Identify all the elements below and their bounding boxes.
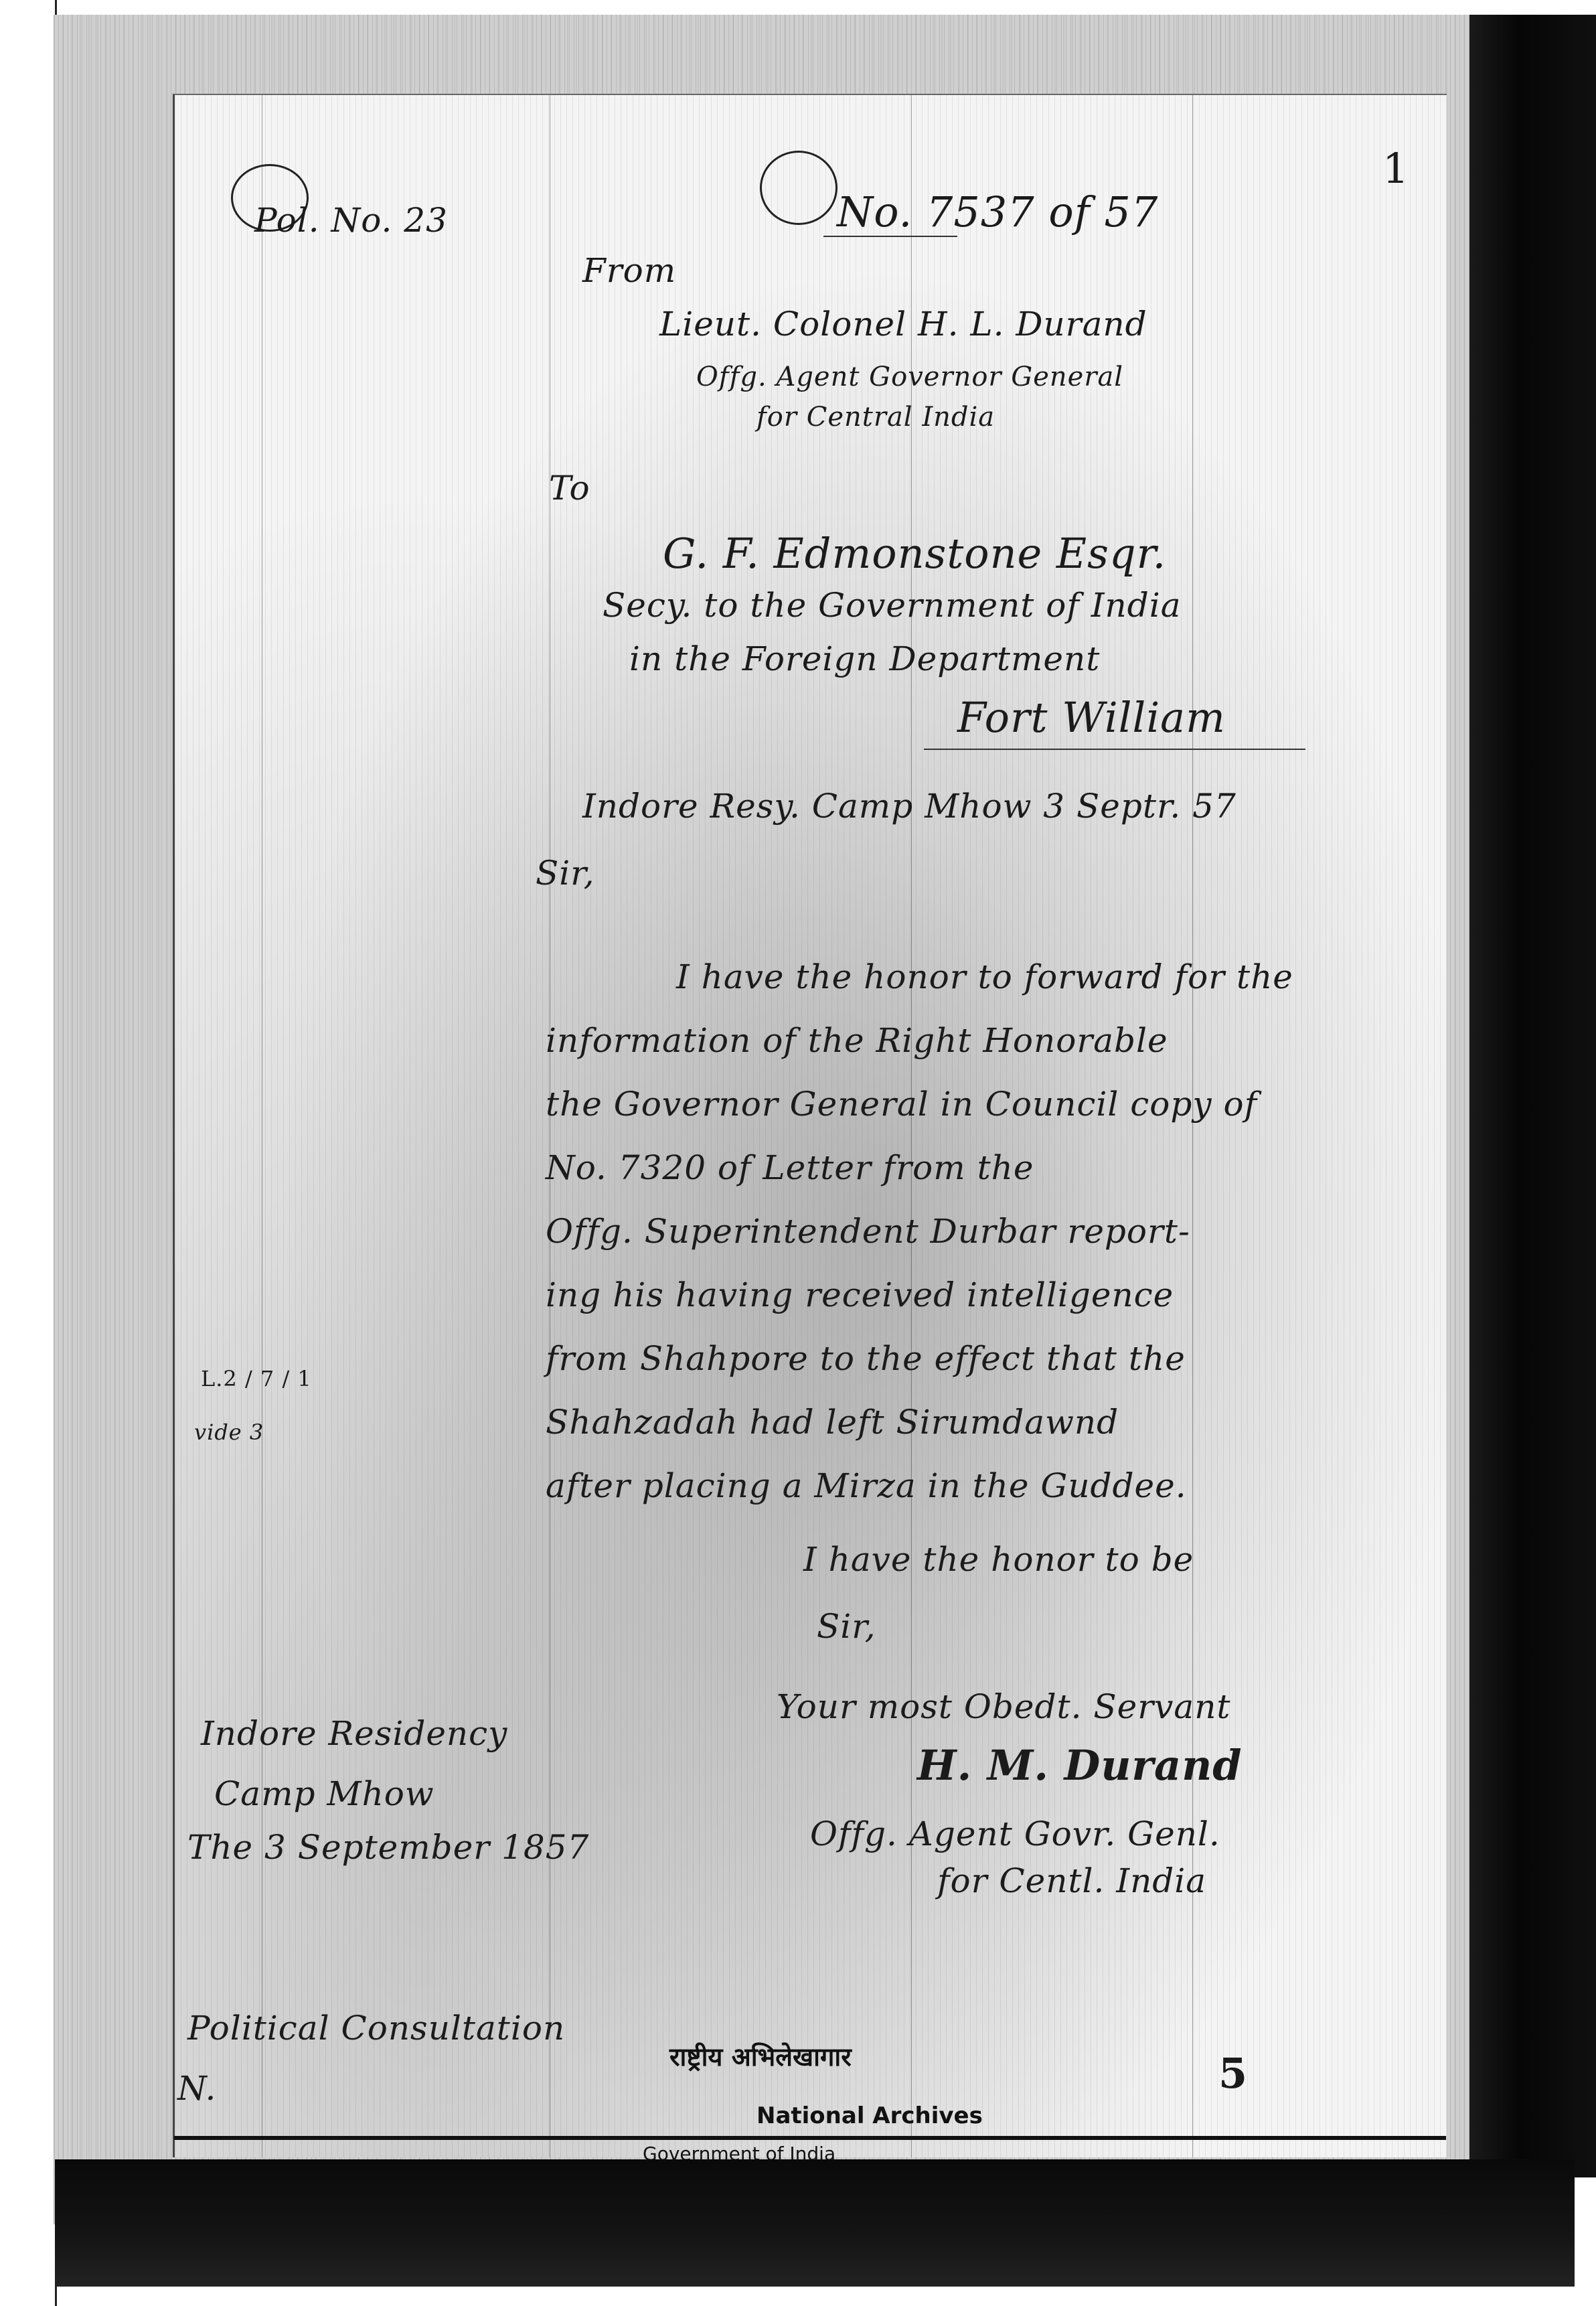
- footer-handwritten-note: Political Consultation: [187, 2009, 565, 2048]
- closing-line: Your most Obedt. Servant: [777, 1687, 1231, 1726]
- letter-number: No. 7537 of 57: [837, 187, 1158, 236]
- scanned-document: Pol. No. 23 No. 7537 of 57 1 From Lieut.…: [0, 0, 1596, 2306]
- body-line: No. 7320 of Letter from the: [546, 1148, 1034, 1187]
- recipient-title-line2: in the Foreign Department: [629, 639, 1100, 678]
- body-line: Offg. Superintendent Durbar report-: [546, 1212, 1190, 1251]
- body-line: information of the Right Honorable: [546, 1021, 1168, 1060]
- margin-note: L.2 / 7 / 1: [201, 1366, 312, 1391]
- recipient-name: G. F. Edmonstone Esqr.: [663, 529, 1166, 578]
- number-oval-mark: [760, 151, 837, 225]
- scan-left-margin: [0, 0, 57, 2306]
- from-label: From: [582, 251, 676, 290]
- closing-line: Sir,: [817, 1607, 876, 1646]
- to-label: To: [549, 469, 590, 508]
- signature-title-line1: Offg. Agent Govr. Genl.: [810, 1815, 1220, 1853]
- body-line: Shahzadah had left Sirumdawnd: [546, 1403, 1119, 1442]
- body-line: from Shahpore to the effect that the: [546, 1339, 1186, 1378]
- salutation: Sir,: [536, 854, 595, 893]
- sender-title-line1: Offg. Agent Governor General: [696, 362, 1123, 392]
- recipient-place: Fort William: [957, 693, 1226, 742]
- signature-title-line2: for Centl. India: [937, 1861, 1206, 1900]
- body-line: ing his having received intelligence: [546, 1276, 1174, 1314]
- archives-stamp-hindi: राष्ट्रीय अभिलेखागार: [669, 2039, 852, 2074]
- stamp-rule: [174, 2136, 1446, 2140]
- scan-bottom-dark-band: [55, 2159, 1575, 2287]
- scan-right-dark-band: [1469, 15, 1596, 2177]
- archives-stamp-english: National Archives: [756, 2102, 983, 2129]
- number-underline: [823, 236, 957, 237]
- body-line: the Governor General in Council copy of: [546, 1085, 1257, 1124]
- sender-title-line2: for Central India: [756, 402, 995, 433]
- place-block-line: The 3 September 1857: [187, 1828, 589, 1867]
- sender-name: Lieut. Colonel H. L. Durand: [659, 305, 1147, 343]
- place-underline: [924, 749, 1305, 750]
- dateline: Indore Resy. Camp Mhow 3 Septr. 57: [582, 787, 1236, 826]
- signature: H. M. Durand: [917, 1741, 1243, 1790]
- place-block-line: Indore Residency: [201, 1714, 507, 1753]
- recipient-title-line1: Secy. to the Government of India: [603, 586, 1182, 625]
- body-line: after placing a Mirza in the Guddee.: [546, 1466, 1187, 1505]
- place-block-line: Camp Mhow: [214, 1774, 434, 1813]
- left-reference-note: Pol. No. 23: [254, 201, 448, 240]
- margin-note: vide 3: [194, 1419, 264, 1445]
- footer-initial: N.: [177, 2069, 216, 2108]
- folio-number: 5: [1218, 2049, 1248, 2098]
- page-number: 1: [1382, 144, 1409, 193]
- body-line: I have the honor to forward for the: [676, 957, 1293, 996]
- closing-line: I have the honor to be: [803, 1540, 1194, 1579]
